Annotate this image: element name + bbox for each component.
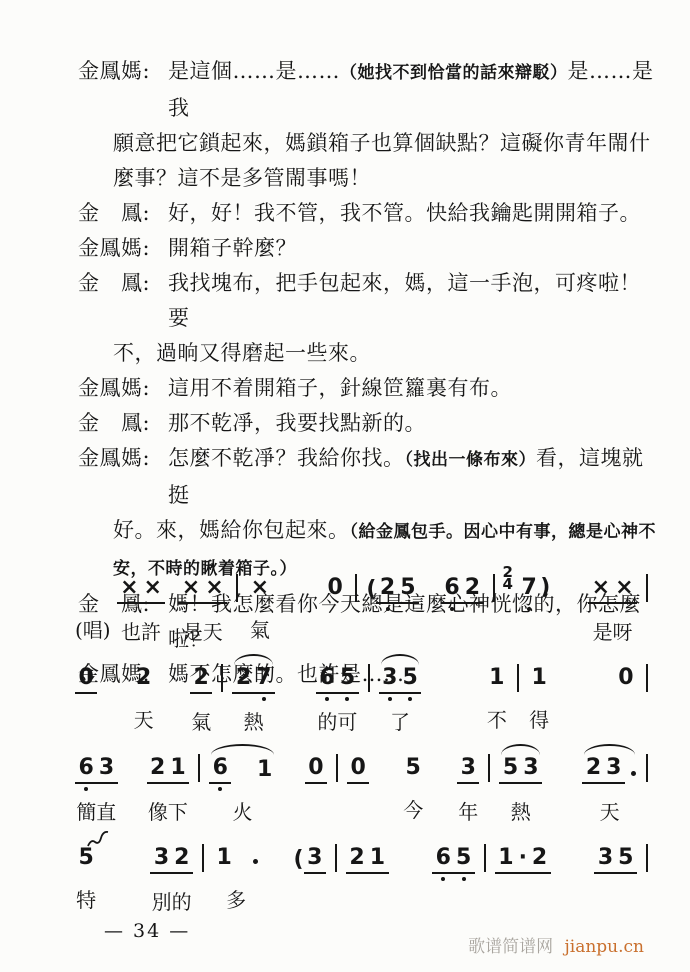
- note-char: ×: [141, 576, 164, 600]
- note-char: 6: [210, 756, 230, 780]
- note-char: 3: [380, 666, 400, 690]
- note-char: 5: [453, 846, 473, 870]
- dialogue-text: 是這個……是……（她找不到恰當的話來辯駁）是……是我: [168, 54, 658, 126]
- slur-icon: [381, 654, 420, 665]
- note-digits: 0: [324, 574, 346, 602]
- barline: [355, 574, 357, 602]
- note-char: 1: [214, 846, 234, 870]
- music-gap: [278, 652, 313, 742]
- speaker-label: 金 鳳:: [78, 406, 168, 441]
- note-cell: ××是天: [178, 562, 227, 645]
- barline: [236, 574, 238, 602]
- lyric: 天: [134, 704, 154, 733]
- note-digits: ×: [247, 574, 272, 602]
- dialogue-line: 好。來，媽給你包起來。（給金鳳包手。因心中有事，總是心神不: [78, 513, 658, 550]
- lyric: 特: [76, 884, 96, 913]
- note-char: 7: [519, 576, 539, 600]
- barline: [336, 754, 338, 782]
- note-digits: 62: [441, 574, 484, 604]
- note-group: 53: [499, 754, 542, 784]
- note-digits: ××: [178, 574, 227, 604]
- dialogue-line: 金鳳媽:開箱子幹麼？: [78, 231, 658, 266]
- note-digits: 25: [376, 574, 419, 604]
- speech-run: 我找塊布，把手包起來，媽，這一手泡，可疼啦！要: [168, 271, 641, 330]
- note-char: 5: [337, 666, 357, 690]
- note-char: 0: [76, 666, 96, 690]
- note-cell: 21: [346, 832, 389, 910]
- octave-dot-icon: [388, 697, 392, 701]
- note-group: 1: [213, 844, 259, 872]
- note-group: 1: [528, 664, 550, 692]
- speech-run: 願意把它鎖起來，媽鎖箱子也算個缺點？這礙你青年閙什: [113, 131, 651, 155]
- note-char: 5: [500, 756, 520, 780]
- music-gap: [392, 832, 430, 922]
- close-paren: ): [540, 576, 550, 602]
- speech-run: 是這個……是……: [168, 59, 340, 83]
- music-line: 63簡直21像下61火005今3年53熱23天: [72, 742, 654, 832]
- speech-run: 好。來，媽給你包起來。: [113, 518, 350, 542]
- slur-icon: [234, 654, 273, 665]
- lyric: 的可: [317, 706, 357, 735]
- dialogue-line: 願意把它鎖起來，媽鎖箱子也算個缺點？這礙你青年閙什: [78, 126, 658, 161]
- open-paren: (: [294, 848, 304, 874]
- note-group: 63: [75, 754, 118, 784]
- speaker-label: 金 鳳:: [78, 266, 168, 336]
- lyric: 天: [600, 796, 620, 825]
- note-char: ×: [203, 576, 226, 600]
- note-cell: 1·2: [495, 832, 551, 910]
- dialogue-text: 那不乾凈，我要找點新的。: [168, 406, 658, 441]
- note-digits: 0: [305, 754, 327, 784]
- dialogue-text: 不，過晌又得磨起一些來。: [113, 336, 658, 371]
- note-digits: 6: [209, 754, 231, 784]
- note-char: 2: [233, 666, 253, 690]
- note-char: 3: [521, 756, 541, 780]
- note-digits: 35: [379, 664, 422, 694]
- octave-dot-icon: [325, 697, 329, 701]
- note-cell: 0: [324, 562, 346, 638]
- music-gap: [168, 562, 175, 652]
- note-group: 7): [518, 574, 550, 602]
- barline: [368, 664, 370, 692]
- note-group: 35: [379, 664, 422, 694]
- lyric: 火: [232, 796, 252, 825]
- note-cell: 35了: [379, 652, 422, 735]
- note-cell: 61火: [209, 742, 276, 825]
- music-gap: [422, 562, 438, 652]
- note-char: 5: [403, 756, 423, 780]
- barline: [493, 574, 495, 602]
- dialogue-text: 麼事？這不是多管閙事嗎！: [113, 161, 658, 196]
- octave-dot-icon: [527, 607, 531, 611]
- dialogue-line: 金 鳳:我找塊布，把手包起來，媽，這一手泡，可疼啦！要: [78, 266, 658, 336]
- note-group: 0: [305, 754, 327, 784]
- lyric: 熱: [244, 706, 264, 735]
- dialogue-line: 金 鳳:好，好！我不管，我不管。快給我鑰匙開開箱子。: [78, 196, 658, 231]
- note-cell: 53熱: [499, 742, 542, 825]
- note-char: 2: [134, 666, 154, 690]
- note-cell: (25: [366, 562, 419, 640]
- dialogue-text: 好，好！我不管，我不管。快給我鑰匙開開箱子。: [168, 196, 658, 231]
- lyric: 簡直: [76, 796, 116, 825]
- note-group: ××: [588, 574, 637, 604]
- augmentation-dot-icon: [631, 771, 636, 776]
- lyric: 年: [458, 796, 478, 825]
- watermark-site-name: 歌谱简谱网: [468, 937, 553, 957]
- note-char: 2: [172, 846, 192, 870]
- lyric: 是天: [183, 616, 223, 645]
- note-digits: 3: [304, 844, 326, 874]
- open-paren: (: [366, 578, 376, 604]
- note-cell: 0: [305, 742, 327, 820]
- note-char: 3: [604, 756, 624, 780]
- note-group: 0: [75, 664, 97, 694]
- lyric: (唱): [75, 614, 111, 643]
- lyric: 像下: [148, 796, 188, 825]
- note-char: 7: [254, 666, 274, 690]
- dialogue-text: 好。來，媽給你包起來。（給金鳳包手。因心中有事，總是心神不: [113, 513, 658, 550]
- barline: [646, 754, 648, 782]
- note-digits: 5: [402, 754, 424, 782]
- note-group: 5: [402, 754, 424, 782]
- lyric: 氣: [191, 706, 211, 735]
- note-cell: 0: [75, 652, 97, 730]
- note-char: ×: [118, 576, 141, 600]
- note-char: 3: [96, 756, 116, 780]
- dialogue-text: 這用不着開箱子，針線笸籮裏有布。: [168, 371, 658, 406]
- speaker-label: 金鳳媽:: [78, 371, 168, 406]
- note-digits: 2: [190, 664, 212, 694]
- augmentation-dot-icon: [253, 859, 258, 864]
- note-cell: ××也許: [117, 562, 166, 645]
- barline: [517, 664, 519, 692]
- note-cell: 5今: [402, 742, 424, 823]
- note-digits: ××: [588, 574, 637, 604]
- note-cell: 1不: [486, 652, 508, 733]
- speaker-label: 金鳳媽:: [78, 441, 168, 513]
- note-cell: (唱): [75, 562, 111, 643]
- dialogue-line: 麼事？這不是多管閙事嗎！: [78, 161, 658, 196]
- dialogue-text: 怎麼不乾凈？我給你找。（找出一條布來）看，這塊就挺: [168, 441, 658, 513]
- note-cell: 1多: [213, 832, 259, 913]
- note-cell: 7): [518, 562, 550, 638]
- note-digits: 0: [75, 664, 97, 694]
- music-gap: [262, 832, 290, 922]
- note-char: ×: [248, 576, 271, 600]
- note-group: 5: [75, 844, 97, 872]
- note-cell: 1得: [528, 652, 550, 733]
- octave-dot-icon: [345, 697, 349, 701]
- music-gap: [276, 562, 321, 652]
- lyric: 別的: [152, 886, 192, 915]
- barline: [488, 754, 490, 782]
- stage-direction: （給金鳳包手。因心中有事，總是心神不: [350, 522, 657, 542]
- note-group: (3: [294, 844, 326, 874]
- octave-dot-icon: [386, 607, 390, 611]
- speech-run: 這用不着開箱子，針線笸籮裏有布。: [168, 376, 512, 400]
- music-gap: [121, 742, 144, 832]
- note-digits: [92, 574, 94, 602]
- music-gap: [554, 832, 592, 922]
- barline: [335, 844, 337, 872]
- note-char: 6: [76, 756, 96, 780]
- note-digits: 21: [147, 754, 190, 784]
- music-line: 02天2氣27熱65的可35了1不1得0: [72, 652, 654, 742]
- lyric: 是呀: [593, 616, 633, 645]
- note-char: 2: [148, 756, 168, 780]
- barline: [646, 664, 648, 692]
- stage-direction: （找出一條布來）: [405, 450, 537, 470]
- stage-direction: （她找不到恰當的話來辯駁）: [340, 63, 568, 83]
- barline: [221, 664, 223, 692]
- note-group: [92, 574, 94, 602]
- lyric: 氣: [250, 614, 270, 643]
- music-line: (唱)××也許××是天×氣0(2562247)××是呀: [72, 562, 654, 652]
- note-digits: 1: [253, 756, 275, 784]
- note-char: ×: [613, 576, 636, 600]
- note-char: 0: [325, 576, 345, 600]
- note-digits: 35: [594, 844, 637, 874]
- lyric: 不: [487, 704, 507, 733]
- dialogue-line: 金鳳媽:這用不着開箱子，針線笸籮裏有布。: [78, 371, 658, 406]
- dialogue-text: 開箱子幹麼？: [168, 231, 658, 266]
- note-char: 6: [442, 576, 462, 600]
- score-page: 金鳳媽:是這個……是……（她找不到恰當的話來辯駁）是……是我願意把它鎖起來，媽鎖…: [0, 0, 690, 972]
- note-group: ××: [117, 574, 166, 604]
- note-char: 2: [529, 846, 549, 870]
- note-group: 1: [486, 664, 508, 692]
- note-group: 27: [232, 664, 275, 694]
- music-gap: [100, 652, 129, 742]
- note-digits: 1·2: [495, 844, 551, 874]
- note-group: 65: [316, 664, 359, 694]
- lyric: 今: [403, 794, 423, 823]
- octave-dot-icon: [262, 697, 266, 701]
- octave-dot-icon: [84, 787, 88, 791]
- note-group: 3: [457, 754, 479, 784]
- dialogue-line: 金鳳媽:怎麼不乾凈？我給你找。（找出一條布來）看，這塊就挺: [78, 441, 658, 513]
- note-cell: 0: [347, 742, 369, 820]
- speech-run: 開箱子幹麼？: [168, 236, 297, 260]
- note-group: 21: [346, 844, 389, 874]
- note-digits: ××: [117, 574, 166, 604]
- music-gap: [553, 562, 585, 652]
- note-char: 6: [433, 846, 453, 870]
- slur-icon: [211, 744, 274, 755]
- dialogue-text: 願意把它鎖起來，媽鎖箱子也算個缺點？這礙你青年閙什: [113, 126, 658, 161]
- speech-run: 好，好！我不管，我不管。快給我鑰匙開開箱子。: [168, 201, 641, 225]
- note-char: 1: [254, 758, 274, 782]
- dialogue-line: 金鳳媽:是這個……是……（她找不到恰當的話來辯駁）是……是我: [78, 54, 658, 126]
- music-gap: [427, 742, 454, 832]
- note-char: 1: [367, 846, 387, 870]
- note-char: 1: [529, 666, 549, 690]
- note-cell: ×氣: [247, 562, 272, 643]
- lyric: 了: [390, 706, 410, 735]
- octave-dot-icon: [441, 877, 445, 881]
- note-digits: 0: [347, 754, 369, 784]
- note-char: 3: [305, 846, 325, 870]
- page-number: — 34 —: [104, 920, 190, 942]
- lyric: 熱: [511, 796, 531, 825]
- note-group: 23: [582, 754, 637, 784]
- note-char: 5: [76, 846, 96, 870]
- note-group: 61: [209, 754, 276, 784]
- barline: [484, 844, 486, 872]
- note-group: ×: [247, 574, 272, 602]
- note-cell: 32別的: [150, 832, 193, 915]
- note-digits: 7: [518, 574, 540, 602]
- note-group: 2: [133, 664, 155, 692]
- note-digits: 2: [133, 664, 155, 692]
- slur-icon: [501, 744, 540, 755]
- note-cell: 63簡直: [75, 742, 118, 825]
- note-digits: 21: [346, 844, 389, 874]
- speech-run: 麼事？這不是多管閙事嗎！: [113, 166, 371, 190]
- note-group: ××: [178, 574, 227, 604]
- note-char: 3: [595, 846, 615, 870]
- speech-run: 怎麼不乾凈？我給你找。: [168, 446, 405, 470]
- note-digits: 3: [457, 754, 479, 784]
- octave-dot-icon: [462, 877, 466, 881]
- note-group: 32: [150, 844, 193, 874]
- barline: [646, 574, 648, 602]
- note-digits: 23: [582, 754, 625, 784]
- note-char: ·: [516, 846, 529, 870]
- speaker-label: 金鳳媽:: [78, 231, 168, 266]
- note-digits: 53: [499, 754, 542, 784]
- note-char: 5: [398, 576, 418, 600]
- note-group: 1·2: [495, 844, 551, 874]
- note-char: 1: [487, 666, 507, 690]
- note-digits: 1: [486, 664, 508, 692]
- note-char: 1: [168, 756, 188, 780]
- octave-dot-icon: [450, 607, 454, 611]
- note-char: ×: [589, 576, 612, 600]
- note-cell: 65的可: [316, 652, 359, 735]
- note-char: 5: [400, 666, 420, 690]
- note-group: 21: [147, 754, 190, 784]
- watermark: 歌谱简谱网 jianpu.cn: [468, 932, 644, 957]
- barline: [198, 754, 200, 782]
- music-gap: [553, 652, 611, 742]
- note-char: 2: [462, 576, 482, 600]
- note-char: 2: [583, 756, 603, 780]
- note-char: 2: [377, 576, 397, 600]
- note-cell: 62: [441, 562, 484, 640]
- note-cell: 0: [615, 652, 637, 728]
- barline: [646, 844, 648, 872]
- note-char: 0: [616, 666, 636, 690]
- note-group: 62: [441, 574, 484, 604]
- note-digits: 5: [75, 844, 97, 872]
- speaker-label: 金鳳媽:: [78, 54, 168, 126]
- note-group: 65: [432, 844, 475, 874]
- time-signature: 24: [503, 566, 513, 590]
- note-char: 6: [317, 666, 337, 690]
- dialogue-line: 金 鳳:那不乾凈，我要找點新的。: [78, 406, 658, 441]
- speech-run: 不，過晌又得磨起一些來。: [113, 341, 371, 365]
- note-cell: ××是呀: [588, 562, 637, 645]
- dialogue-line: 不，過晌又得磨起一些來。: [78, 336, 658, 371]
- dialogue-text: 我找塊布，把手包起來，媽，這一手泡，可疼啦！要: [168, 266, 658, 336]
- octave-dot-icon: [408, 697, 412, 701]
- time-signature-digit: 4: [503, 578, 513, 590]
- note-char: 1: [496, 846, 516, 870]
- note-group: 0: [324, 574, 346, 602]
- note-char: ×: [179, 576, 202, 600]
- note-char: 5: [616, 846, 636, 870]
- note-char: 2: [191, 666, 211, 690]
- note-group: (25: [366, 574, 419, 604]
- note-char: 2: [347, 846, 367, 870]
- note-group: 2: [190, 664, 212, 694]
- note-digits: 27: [232, 664, 275, 694]
- note-digits: 65: [432, 844, 475, 874]
- note-cell: 5特: [75, 832, 97, 913]
- music-gap: [158, 652, 187, 742]
- note-char: 3: [151, 846, 171, 870]
- speaker-label: 金 鳳:: [78, 196, 168, 231]
- note-digits: 1: [213, 844, 235, 872]
- note-char: 0: [306, 756, 326, 780]
- note-char: 3: [458, 756, 478, 780]
- music-line: 5特32別的1多(321651·235: [72, 832, 654, 922]
- octave-dot-icon: [218, 787, 222, 791]
- note-cell: (3: [294, 832, 326, 910]
- note-cell: 65: [432, 832, 475, 910]
- music-gap: [545, 742, 579, 832]
- watermark-url: jianpu.cn: [565, 937, 645, 957]
- note-cell: 23天: [582, 742, 637, 825]
- note-digits: 32: [150, 844, 193, 874]
- slur-icon: [584, 744, 635, 755]
- barline: [202, 844, 204, 872]
- note-cell: 2氣: [190, 652, 212, 735]
- lyric: 多: [226, 884, 246, 913]
- lyric: 也許: [121, 616, 161, 645]
- note-cell: 27熱: [232, 652, 275, 735]
- note-cell: 21像下: [147, 742, 190, 825]
- music-gap: [372, 742, 399, 832]
- note-digits: 1: [528, 664, 550, 692]
- music-notation-section: (唱)××也許××是天×氣0(2562247)××是呀02天2氣27熱65的可3…: [72, 562, 654, 922]
- note-cell: 3年: [457, 742, 479, 825]
- note-group: 0: [615, 664, 637, 692]
- note-digits: 63: [75, 754, 118, 784]
- note-cell: 35: [594, 832, 637, 910]
- speech-run: 那不乾凈，我要找點新的。: [168, 411, 426, 435]
- music-gap: [424, 652, 482, 742]
- lyric: 得: [529, 704, 549, 733]
- note-group: 0: [347, 754, 369, 784]
- note-cell: 2天: [133, 652, 155, 733]
- note-digits: 65: [316, 664, 359, 694]
- note-char: 0: [348, 756, 368, 780]
- note-digits: 0: [615, 664, 637, 692]
- note-group: 35: [594, 844, 637, 874]
- music-gap: [279, 742, 302, 832]
